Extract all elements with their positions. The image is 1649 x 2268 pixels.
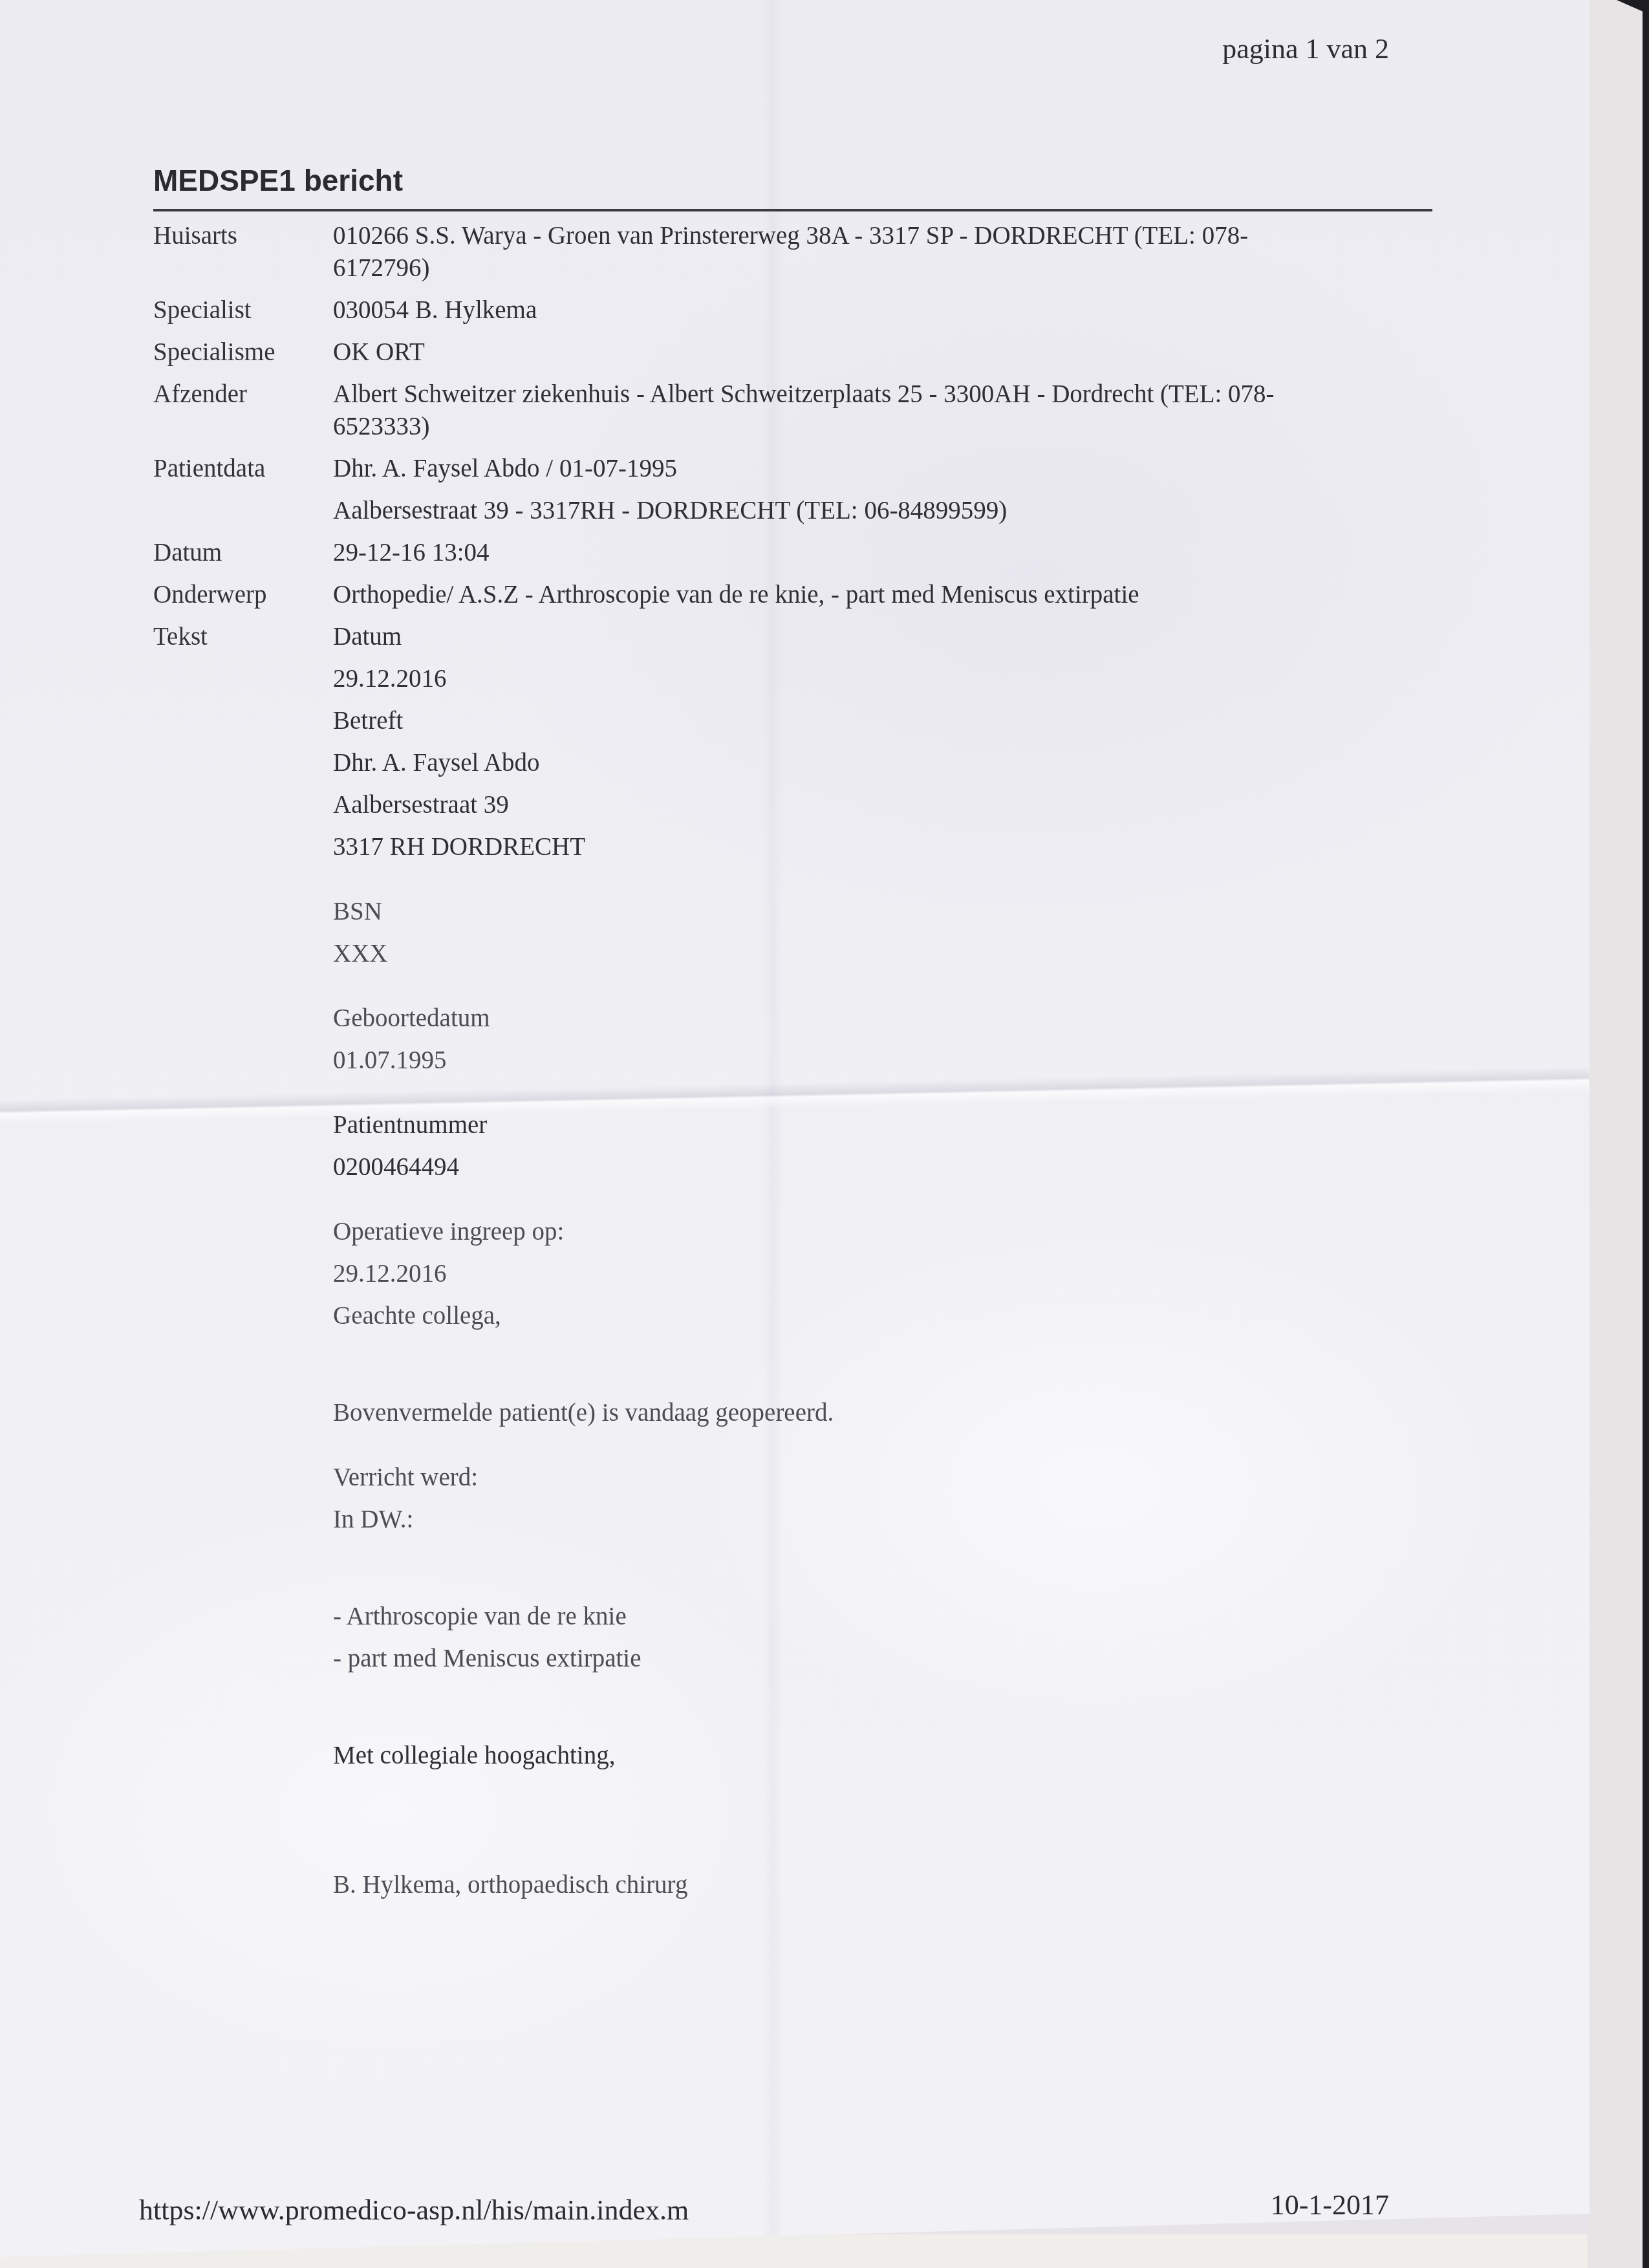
field-label: Tekst	[153, 621, 333, 1901]
signature: B. Hylkema, orthopaedisch chirurg	[333, 1869, 1440, 1901]
letter-body: Datum 29.12.2016 Betreft Dhr. A. Faysel …	[333, 621, 1440, 1901]
field-value: 010266 S.S. Warya - Groen van Prinsterer…	[333, 220, 1440, 285]
field-label: Specialist	[153, 294, 333, 327]
field-value: Dhr. A. Faysel Abdo / 01-07-1995 Aalbers…	[333, 453, 1440, 527]
scanner-bed	[1588, 0, 1649, 2268]
field-value: Orthopedie/ A.S.Z - Arthroscopie van de …	[333, 579, 1440, 611]
field-specialist: Specialist 030054 B. Hylkema	[153, 294, 1440, 327]
field-patientdata: Patientdata Dhr. A. Faysel Abdo / 01-07-…	[153, 453, 1440, 527]
datum-value: 29.12.2016	[333, 663, 1440, 695]
geboortedatum-label: Geboortedatum	[333, 1002, 1440, 1035]
procedure-item: - part med Meniscus extirpatie	[333, 1643, 1440, 1675]
document-title: MEDSPE1 bericht	[153, 163, 403, 198]
field-value: 29-12-16 13:04	[333, 537, 1440, 569]
afzender-line-1: Albert Schweitzer ziekenhuis - Albert Sc…	[333, 380, 1275, 408]
operatie-label: Operatieve ingreep op:	[333, 1216, 1440, 1248]
footer-print-date: 10-1-2017	[1271, 2188, 1389, 2221]
betreft-label: Betreft	[333, 705, 1440, 737]
field-datum: Datum 29-12-16 13:04	[153, 537, 1440, 569]
field-onderwerp: Onderwerp Orthopedie/ A.S.Z - Arthroscop…	[153, 579, 1440, 611]
salutation: Geachte collega,	[333, 1300, 1440, 1332]
scanner-edge	[1643, 0, 1649, 2268]
bsn-label: BSN	[333, 896, 1440, 928]
message-fields: Huisarts 010266 S.S. Warya - Groen van P…	[153, 220, 1440, 1911]
procedure-item: - Arthroscopie van de re knie	[333, 1601, 1440, 1633]
geboortedatum-value: 01.07.1995	[333, 1044, 1440, 1077]
field-huisarts: Huisarts 010266 S.S. Warya - Groen van P…	[153, 220, 1440, 285]
title-divider	[153, 209, 1432, 211]
field-value: 030054 B. Hylkema	[333, 294, 1440, 327]
patientnummer-label: Patientnummer	[333, 1109, 1440, 1141]
field-afzender: Afzender Albert Schweitzer ziekenhuis - …	[153, 378, 1440, 443]
patient-address: Aalbersestraat 39 - 3317RH - DORDRECHT (…	[333, 495, 1440, 527]
field-label: Patientdata	[153, 453, 333, 527]
datum-label: Datum	[333, 621, 1440, 653]
patient-street: Aalbersestraat 39	[333, 789, 1440, 821]
field-tekst: Tekst Datum 29.12.2016 Betreft Dhr. A. F…	[153, 621, 1440, 1901]
patient-name: Dhr. A. Faysel Abdo	[333, 747, 1440, 779]
field-specialisme: Specialisme OK ORT	[153, 336, 1440, 369]
field-label: Specialisme	[153, 336, 333, 369]
closing: Met collegiale hoogachting,	[333, 1740, 1440, 1772]
huisarts-line-1: 010266 S.S. Warya - Groen van Prinsterer…	[333, 222, 1248, 250]
operatie-value: 29.12.2016	[333, 1258, 1440, 1290]
patient-city: 3317 RH DORDRECHT	[333, 831, 1440, 863]
page-number: pagina 1 van 2	[1222, 32, 1389, 65]
verricht-label: Verricht werd:	[333, 1462, 1440, 1494]
patient-name-dob: Dhr. A. Faysel Abdo / 01-07-1995	[333, 453, 1440, 485]
field-label: Datum	[153, 537, 333, 569]
paper-sheet: pagina 1 van 2 MEDSPE1 bericht Huisarts …	[0, 0, 1590, 2257]
patientnummer-value: 0200464494	[333, 1151, 1440, 1183]
field-label: Afzender	[153, 378, 333, 443]
bsn-value: XXX	[333, 938, 1440, 970]
field-value: OK ORT	[333, 336, 1440, 369]
field-label: Huisarts	[153, 220, 333, 285]
afzender-line-2: 6523333)	[333, 413, 430, 440]
field-label: Onderwerp	[153, 579, 333, 611]
in-dw-label: In DW.:	[333, 1504, 1440, 1536]
field-value: Albert Schweitzer ziekenhuis - Albert Sc…	[333, 378, 1440, 443]
huisarts-line-2: 6172796)	[333, 254, 430, 282]
footer-url: https://www.promedico-asp.nl/his/main.in…	[139, 2194, 689, 2227]
body-text: Bovenvermelde patient(e) is vandaag geop…	[333, 1397, 1440, 1429]
